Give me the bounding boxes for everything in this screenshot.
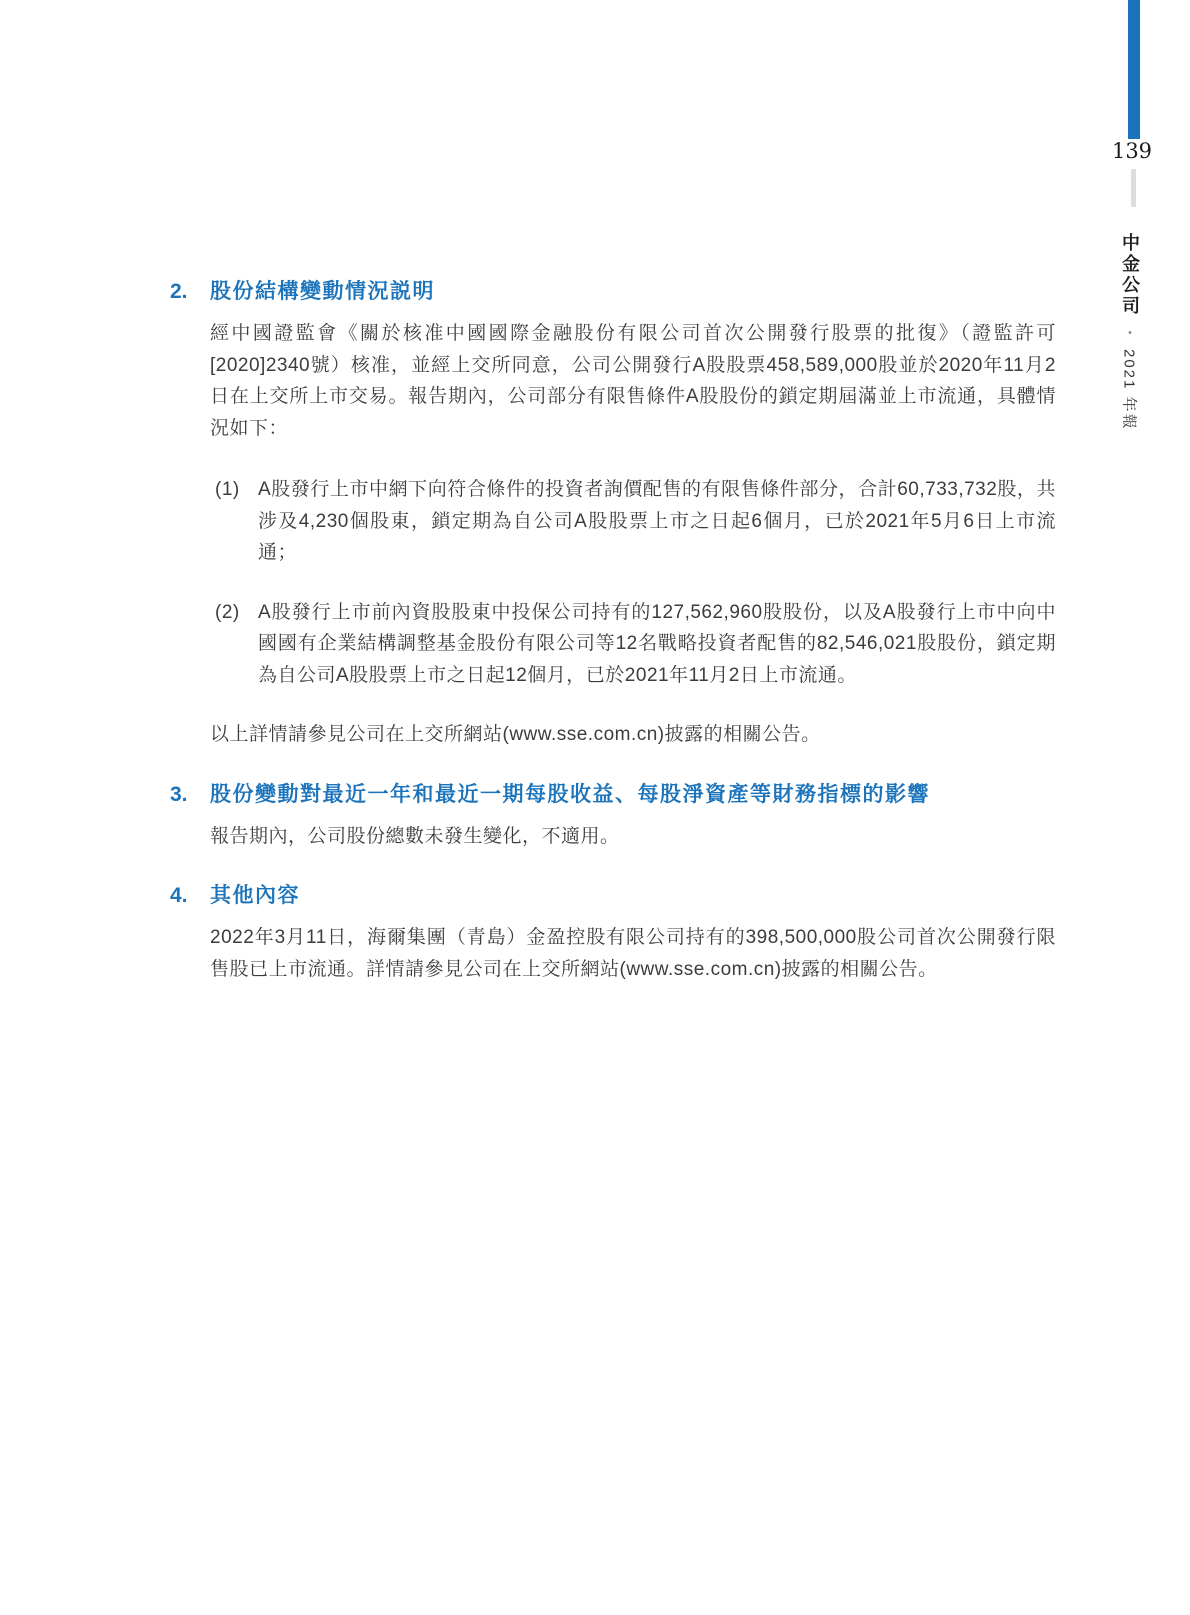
list-item: (2) A股發行上市前內資股股東中投保公司持有的127,562,960股股份，以… (215, 597, 1056, 692)
paragraph: 報告期內，公司股份總數未發生變化，不適用。 (210, 821, 1056, 853)
bullet-separator-icon: • (1124, 327, 1136, 339)
accent-bar (1128, 0, 1140, 139)
section-title: 股份變動對最近一年和最近一期每股收益、每股淨資產等財務指標的影響 (210, 781, 930, 809)
list-item: (1) A股發行上市中網下向符合條件的投資者詢價配售的有限售條件部分，合計60,… (215, 474, 1056, 569)
brand-vertical-text: 中金公司 • 2021 年報 (1117, 233, 1143, 793)
document-page: 139 中金公司 • 2021 年報 2. 股份結構變動情況説明 經中國證監會《… (0, 0, 1190, 1615)
section-title: 股份結構變動情況説明 (210, 278, 435, 306)
page-number-divider (1131, 169, 1136, 207)
section-number: 4. (170, 882, 210, 910)
paragraph: 以上詳情請參見公司在上交所網站(www.sse.com.cn)披露的相關公告。 (210, 719, 1056, 751)
item-number: (2) (215, 597, 258, 692)
section-other-content: 4. 其他內容 2022年3月11日，海爾集團（青島）金盈控股有限公司持有的39… (170, 882, 1056, 985)
page-number: 139 (1102, 139, 1162, 163)
section-impact-on-financial-indicators: 3. 股份變動對最近一年和最近一期每股收益、每股淨資產等財務指標的影響 報告期內… (170, 781, 1056, 853)
page-content: 2. 股份結構變動情況説明 經中國證監會《關於核准中國國際金融股份有限公司首次公… (170, 278, 1056, 1015)
section-share-structure-changes: 2. 股份結構變動情況説明 經中國證監會《關於核准中國國際金融股份有限公司首次公… (170, 278, 1056, 751)
section-title: 其他內容 (210, 882, 300, 910)
item-number: (1) (215, 474, 258, 569)
section-heading: 2. 股份結構變動情況説明 (170, 278, 1056, 306)
section-heading: 4. 其他內容 (170, 882, 1056, 910)
paragraph: 經中國證監會《關於核准中國國際金融股份有限公司首次公開發行股票的批復》（證監許可… (210, 318, 1056, 444)
section-number: 2. (170, 278, 210, 306)
item-text: A股發行上市中網下向符合條件的投資者詢價配售的有限售條件部分，合計60,733,… (258, 474, 1056, 569)
report-edition: 2021 年報 (1120, 349, 1141, 431)
section-heading: 3. 股份變動對最近一年和最近一期每股收益、每股淨資產等財務指標的影響 (170, 781, 1056, 809)
item-text: A股發行上市前內資股股東中投保公司持有的127,562,960股股份，以及A股發… (258, 597, 1056, 692)
paragraph: 2022年3月11日，海爾集團（青島）金盈控股有限公司持有的398,500,00… (210, 922, 1056, 985)
section-number: 3. (170, 781, 210, 809)
brand-name: 中金公司 (1117, 233, 1143, 317)
